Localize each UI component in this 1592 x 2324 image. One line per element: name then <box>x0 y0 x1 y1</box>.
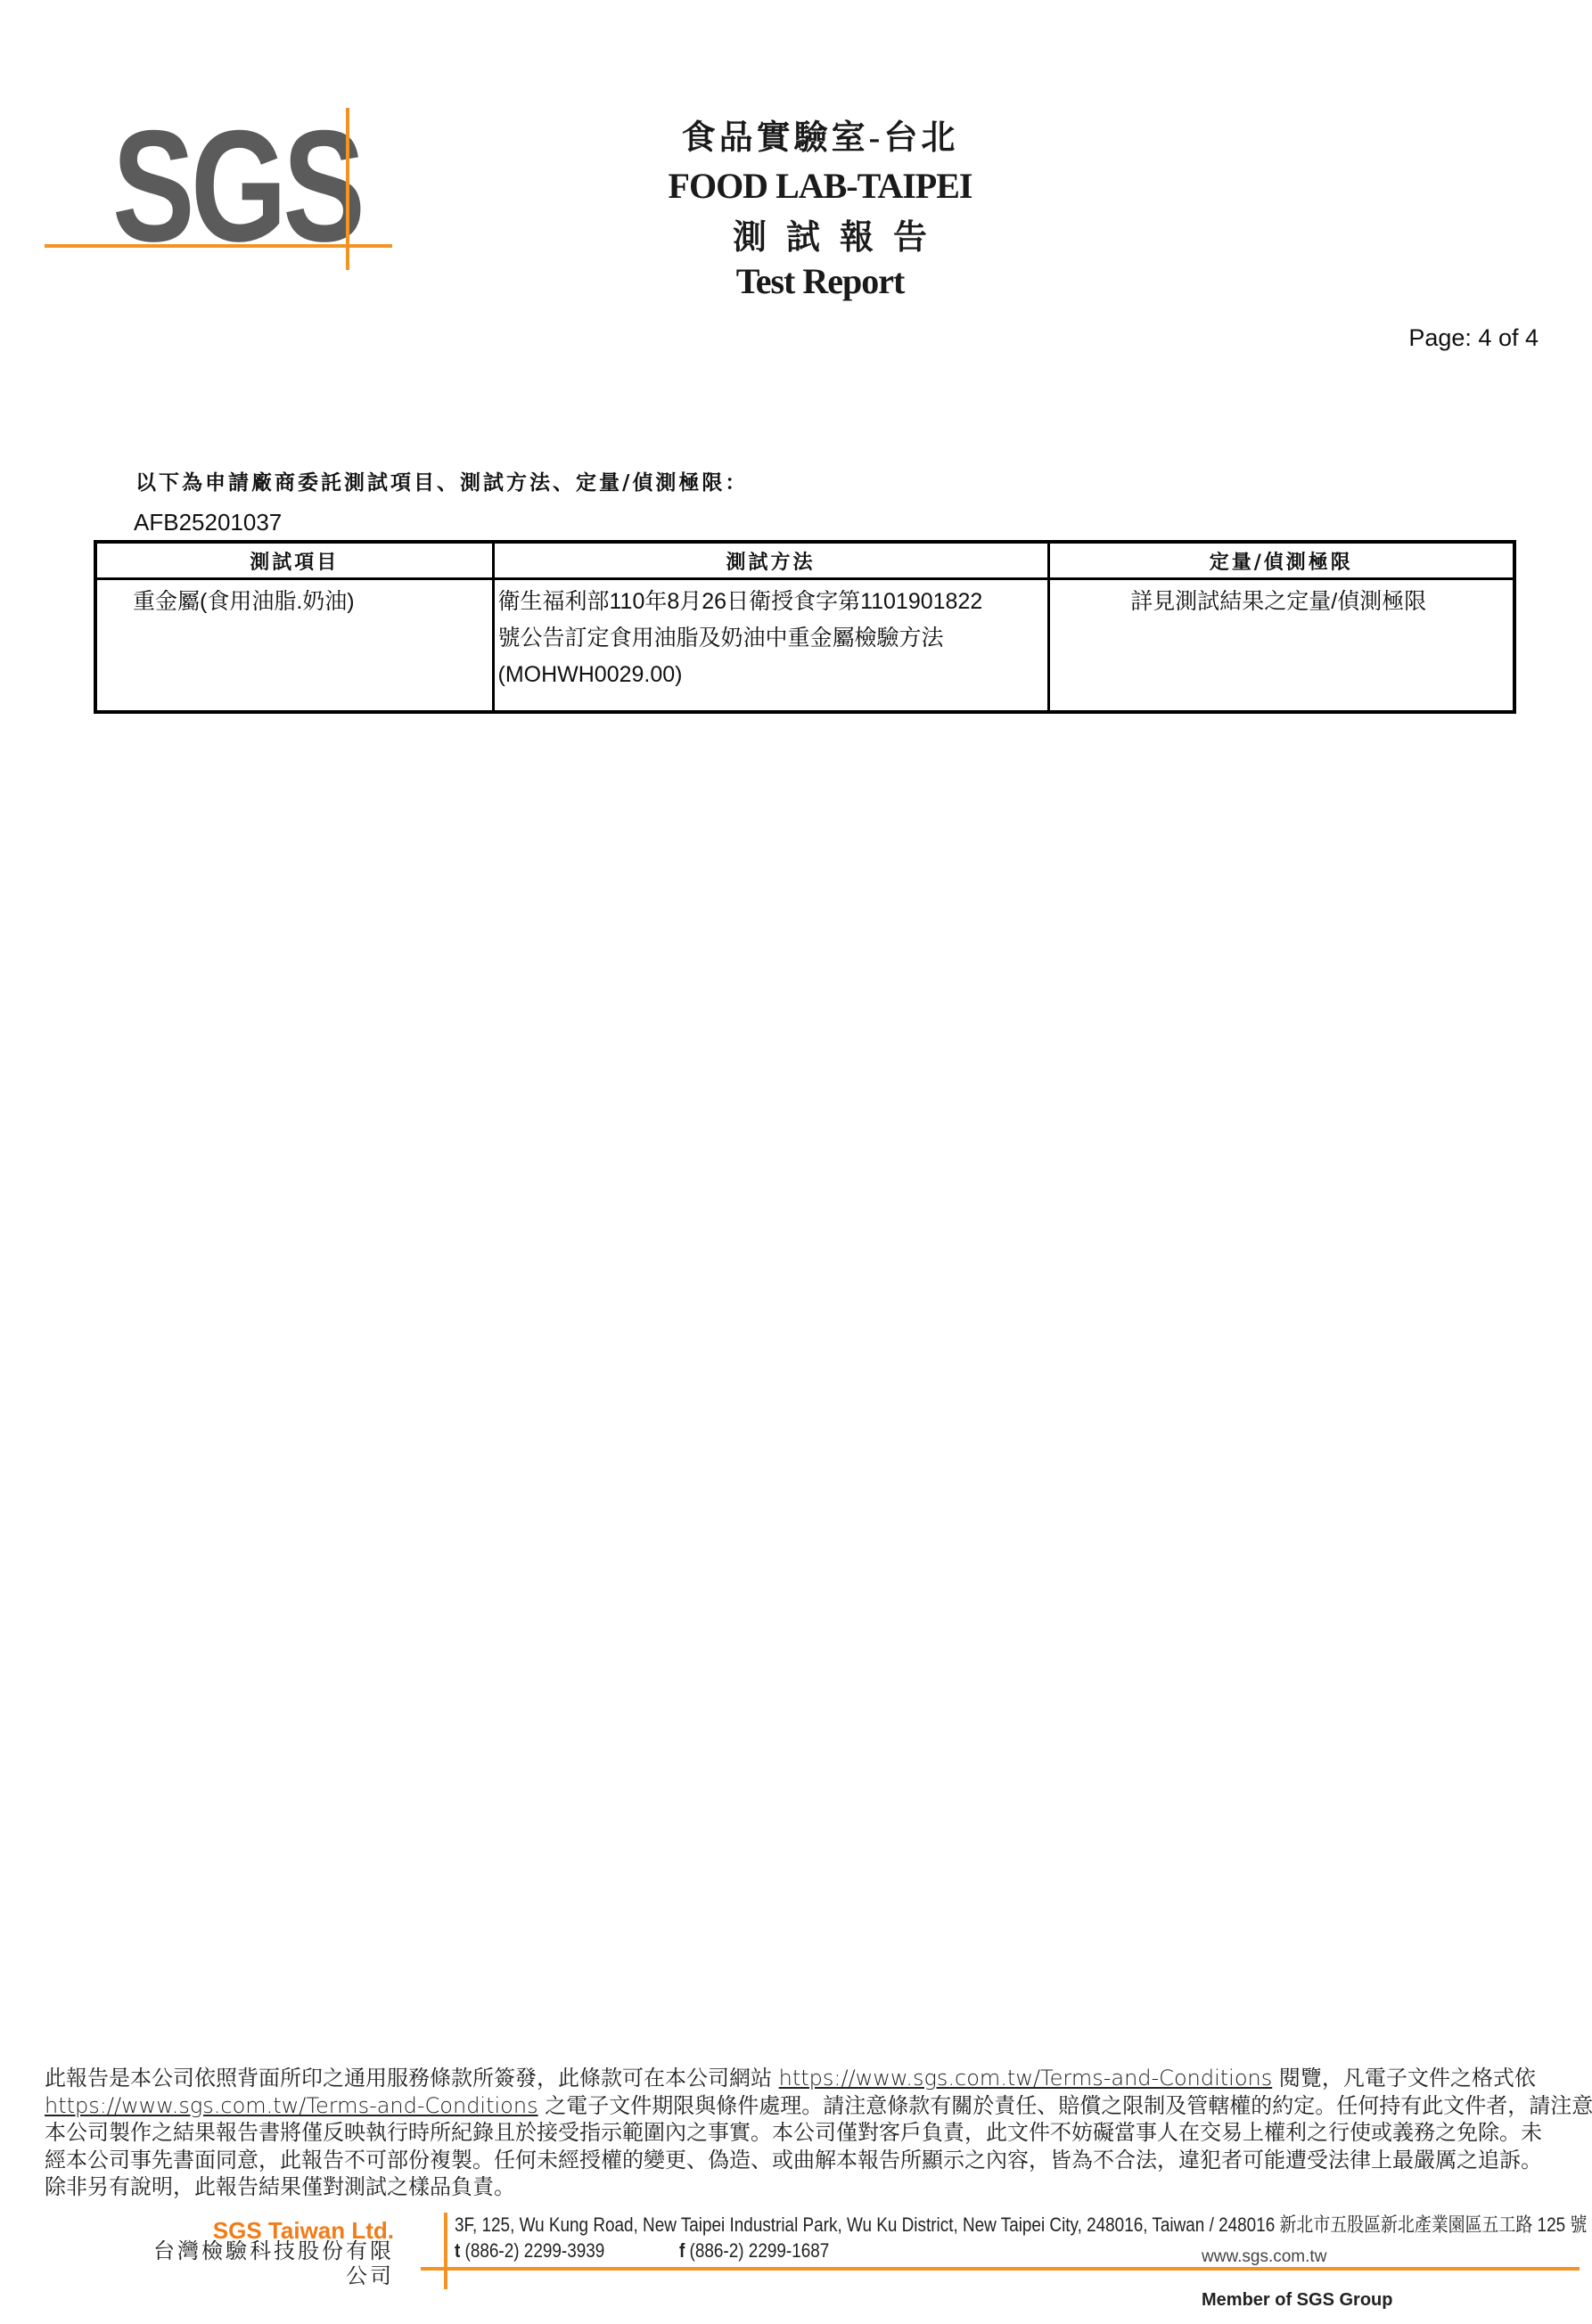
disclaimer-text: 閱覽，凡電子文件之格式依 <box>1272 2066 1536 2091</box>
company-name-cn: 台灣檢驗科技股份有限公司 <box>134 2238 394 2288</box>
method-line: 號公告訂定食用油脂及奶油中重金屬檢驗方法 <box>498 620 1038 657</box>
lab-title-en: FOOD LAB-TAIPEI <box>535 166 1105 207</box>
sgs-logo: SGS <box>112 107 361 266</box>
cell-detection-limit: 詳見測試結果之定量/偵測極限 <box>1048 579 1514 713</box>
company-address: 3F, 125, Wu Kung Road, New Taipei Indust… <box>455 2213 1592 2238</box>
cell-test-method: 衛生福利部110年8月26日衛授食字第1101901822 號公告訂定食用油脂及… <box>493 579 1048 713</box>
disclaimer-text: 之電子文件期限與條件處理。請注意條款有關於責任、賠償之限制及管轄權的約定。任何持… <box>538 2093 1592 2118</box>
disclaimer-line: 經本公司事先書面同意，此報告不可部份複製。任何未經授權的變更、偽造、或曲解本報告… <box>45 2147 1560 2174</box>
header-test-method: 測試方法 <box>493 542 1048 579</box>
header-test-item: 測試項目 <box>95 542 493 579</box>
header-detection-limit: 定量/偵測極限 <box>1048 542 1514 579</box>
legal-disclaimer: 此報告是本公司依照背面所印之通用服務條款所簽發，此條款可在本公司網站 https… <box>45 2065 1560 2201</box>
report-title-en: Test Report <box>535 261 1105 302</box>
member-of-group: Member of SGS Group <box>1202 2289 1392 2311</box>
phone-number: t (886-2) 2299-3939 <box>455 2238 604 2263</box>
footer-horizontal-rule <box>421 2267 1580 2271</box>
address-en: 3F, 125, Wu Kung Road, New Taipei Indust… <box>455 2214 1204 2236</box>
table-row: 重金屬(食用油脂.奶油) 衛生福利部110年8月26日衛授食字第11019018… <box>95 579 1514 713</box>
disclaimer-line: 此報告是本公司依照背面所印之通用服務條款所簽發，此條款可在本公司網站 https… <box>45 2065 1560 2092</box>
terms-link[interactable]: https://www.sgs.com.tw/Terms-and-Conditi… <box>45 2093 538 2118</box>
website-link[interactable]: www.sgs.com.tw <box>1202 2247 1326 2267</box>
section-heading: 以下為申請廠商委託測試項目、測試方法、定量/偵測極限： <box>135 470 748 496</box>
address-cn: / 248016 新北市五股區新北產業園區五工路 125 號 3 樓 <box>1204 2214 1592 2236</box>
disclaimer-line: 除非另有說明，此報告結果僅對測試之樣品負責。 <box>45 2173 1560 2201</box>
footer-vertical-rule <box>444 2213 447 2289</box>
terms-link[interactable]: https://www.sgs.com.tw/Terms-and-Conditi… <box>779 2066 1273 2091</box>
table-header-row: 測試項目 測試方法 定量/偵測極限 <box>95 542 1514 579</box>
logo-horizontal-rule <box>45 244 392 248</box>
logo-vertical-rule <box>346 108 349 270</box>
lab-title-cn: 食品實驗室-台北 <box>535 119 1105 158</box>
disclaimer-text: 此報告是本公司依照背面所印之通用服務條款所簽發，此條款可在本公司網站 <box>45 2066 779 2091</box>
test-items-table: 測試項目 測試方法 定量/偵測極限 重金屬(食用油脂.奶油) 衛生福利部110年… <box>94 540 1516 714</box>
fax-value: (886-2) 2299-1687 <box>685 2239 829 2262</box>
reference-number: AFB25201037 <box>134 509 282 536</box>
report-title-cn: 測試報告 <box>535 218 1125 258</box>
cell-test-item: 重金屬(食用油脂.奶油) <box>95 579 493 713</box>
method-line: (MOHWH0029.00) <box>498 657 1038 693</box>
fax-number: f (886-2) 2299-1687 <box>679 2238 829 2263</box>
disclaimer-line: https://www.sgs.com.tw/Terms-and-Conditi… <box>45 2092 1560 2120</box>
phone-value: (886-2) 2299-3939 <box>460 2239 604 2262</box>
page-number: Page: 4 of 4 <box>1373 324 1539 351</box>
disclaimer-line: 本公司製作之結果報告書將僅反映執行時所紀錄且於接受指示範圍內之事實。本公司僅對客… <box>45 2119 1560 2147</box>
method-line: 衛生福利部110年8月26日衛授食字第1101901822 <box>498 584 1038 620</box>
